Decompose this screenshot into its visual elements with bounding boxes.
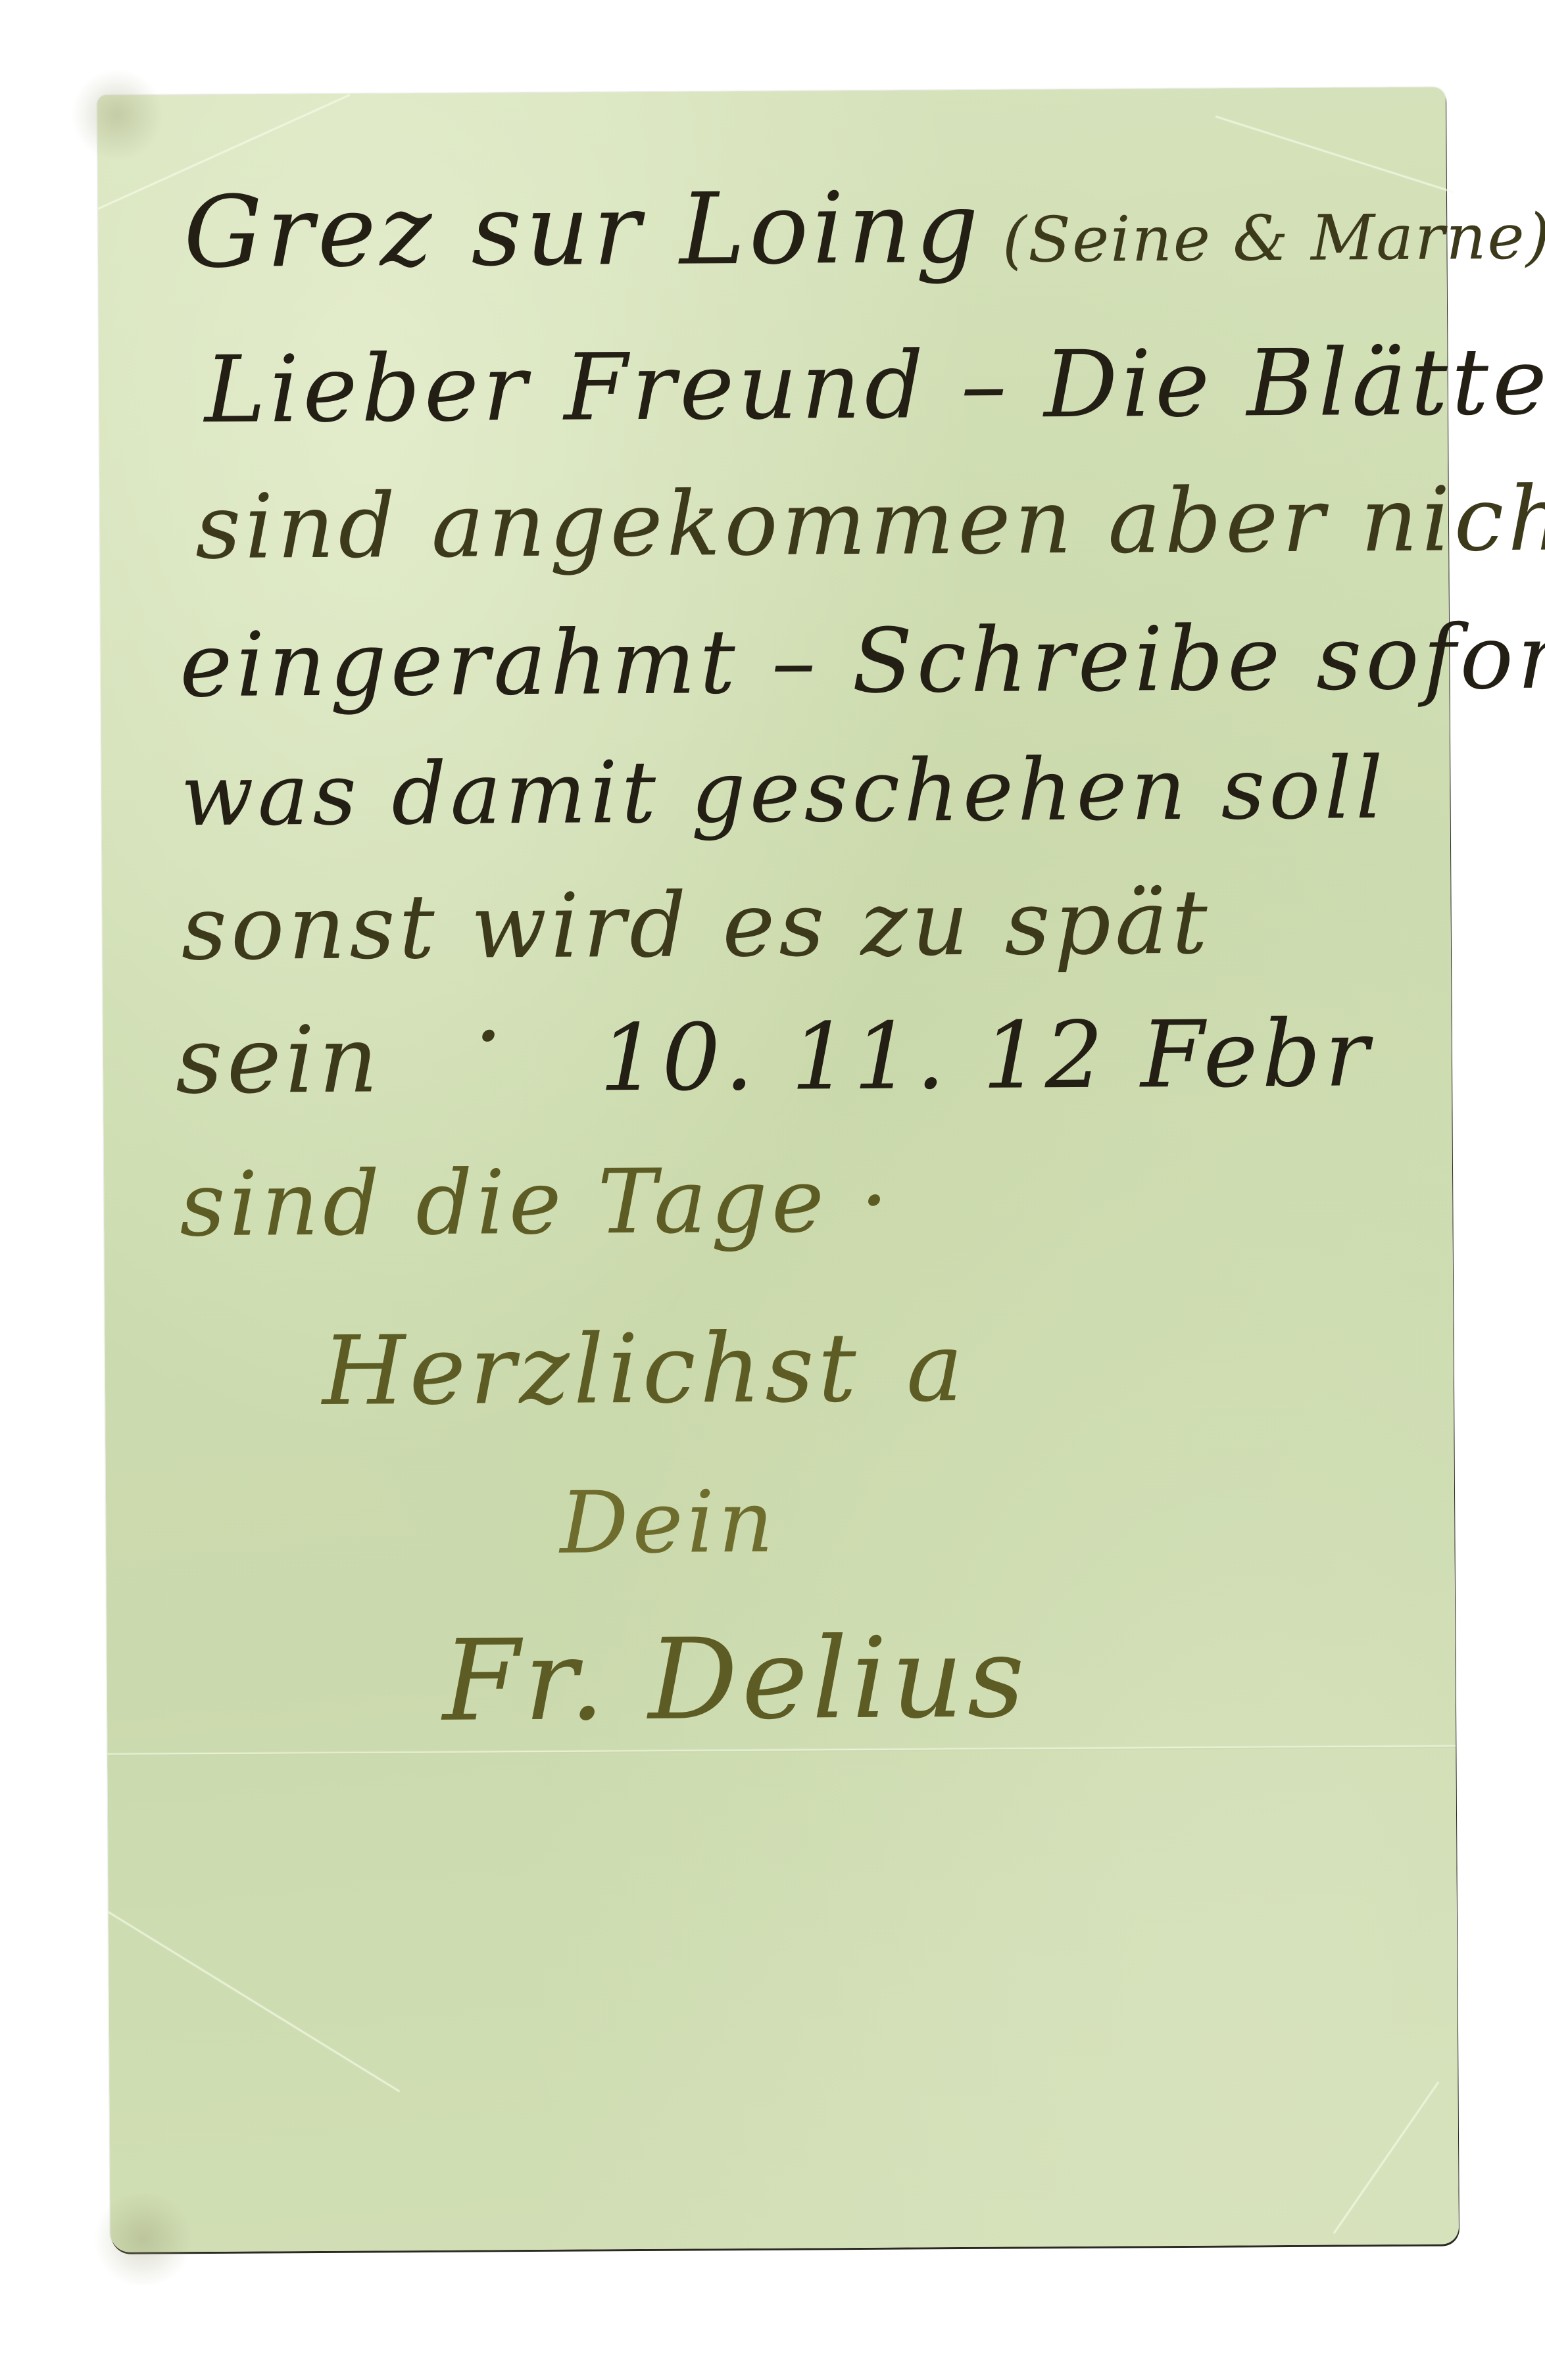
header-place: Grez sur Loing bbox=[184, 171, 983, 290]
letter-line-4: eingerahmt – Schreibe sofort bbox=[180, 612, 1545, 710]
paper-crease-horizontal bbox=[107, 1744, 1456, 1757]
letter-line-5: was damit geschehen soll bbox=[180, 745, 1387, 838]
closing-greeting: Herzlichsta bbox=[322, 1320, 967, 1419]
separator-dot: · bbox=[474, 990, 507, 1082]
paper-crease-bottom-left bbox=[108, 1910, 401, 2093]
letter-line-3: sind angekommen aber nicht bbox=[195, 474, 1545, 571]
letter-line-8: sind die Tage · bbox=[180, 1156, 893, 1250]
signature: Fr. Delius bbox=[442, 1622, 1029, 1737]
postcard: Grez sur Loing(Seine & Marne) Lieber Fre… bbox=[97, 87, 1459, 2252]
corner-wear-bottom-left bbox=[90, 2193, 196, 2285]
closing-mark: a bbox=[906, 1312, 967, 1424]
closing-word: Herzlichst bbox=[322, 1313, 860, 1427]
signoff: Dein bbox=[560, 1479, 777, 1566]
corner-wear-top-left bbox=[71, 68, 164, 161]
word-sein: sein bbox=[175, 1006, 382, 1115]
letter-line-2: Lieber Freund – Die Blätter bbox=[204, 336, 1545, 437]
letter-header: Grez sur Loing(Seine & Marne) bbox=[184, 176, 1545, 283]
header-region: (Seine & Marne) bbox=[1002, 201, 1545, 277]
dates-text: 10. 11. 12 Febr bbox=[599, 1000, 1373, 1112]
letter-line-6: sonst wird es zu spät bbox=[181, 878, 1212, 973]
paper-crease-bottom-right bbox=[1333, 2081, 1440, 2234]
letter-line-7: sein·10. 11. 12 Febr bbox=[176, 1008, 1373, 1107]
